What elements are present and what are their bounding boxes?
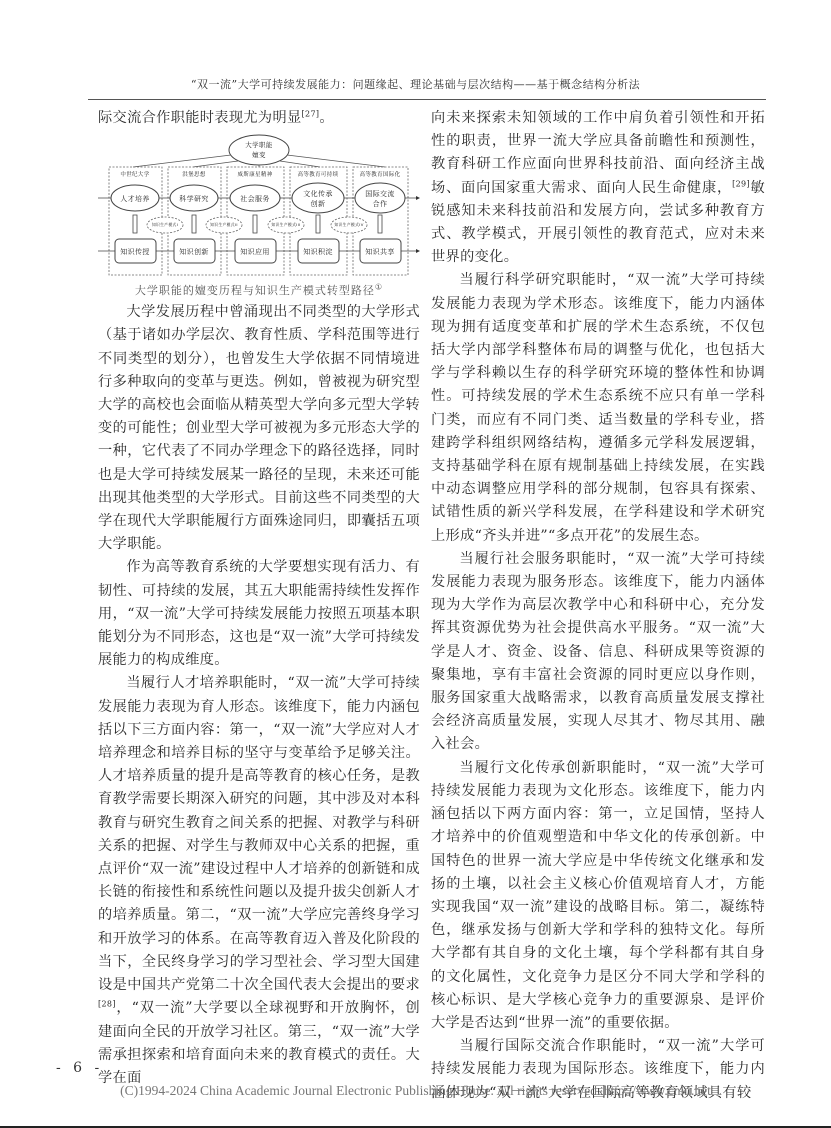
copyright-notice: (C)1994-2024 China Academic Journal Elec… (0, 1083, 831, 1099)
svg-text:知识生产模式II: 知识生产模式II (210, 222, 238, 227)
svg-text:创新: 创新 (311, 199, 326, 208)
paragraph-text: 际交流合作职能时表现尤为明显 (98, 110, 302, 126)
paragraph: 际交流合作职能时表现尤为明显[27]。 (98, 107, 420, 130)
paragraph: 作为高等教育系统的大学要想实现有活力、有韧性、可持续的发展，其五大职能需持续性发… (98, 556, 420, 672)
paragraph: 当履行人才培养职能时，“双一流”大学可持续发展能力表现为育人形态。该维度下，能力… (98, 672, 420, 1090)
svg-text:知识创新: 知识创新 (179, 247, 208, 256)
svg-text:高等教育国际化: 高等教育国际化 (360, 170, 401, 178)
paragraph: 大学发展历程中曾涌现出不同类型的大学形式（基于诸如办学层次、教育性质、学科范围等… (98, 301, 420, 556)
svg-text:知识传授: 知识传授 (120, 247, 149, 256)
paragraph-text: 。 (319, 110, 334, 126)
svg-text:嬗变: 嬗变 (252, 150, 266, 159)
svg-text:社会服务: 社会服务 (240, 194, 269, 203)
paragraph-text: ，“双一流”大学要以全球视野和开放胸怀，创建面向全民的开放学习社区。第三，“双一… (98, 1000, 420, 1086)
right-column: 向未来探索未知领域的工作中肩负着引领性和开拓性的职责，世界一流大学应具备前瞻性和… (431, 107, 765, 1105)
figure-caption: 大学职能的嬗变历程与知识生产模式转型路径① (98, 283, 420, 299)
svg-text:知识共享: 知识共享 (365, 247, 394, 256)
paragraph: 当履行文化传承创新职能时，“双一流”大学可持续发展能力表现为文化形态。该维度下，… (431, 757, 765, 1035)
caption-text: 大学职能的嬗变历程与知识生产模式转型路径 (135, 284, 375, 297)
svg-text:知识生产模式I: 知识生产模式I (152, 222, 178, 227)
paragraph: 当履行科学研究职能时，“双一流”大学可持续发展能力表现为学术形态。该维度下，能力… (431, 269, 765, 547)
paragraph-text: 向未来探索未知领域的工作中肩负着引领性和开拓性的职责，世界一流大学应具备前瞻性和… (431, 110, 765, 196)
svg-text:文化传承: 文化传承 (303, 189, 332, 198)
paragraph: 当履行社会服务职能时，“双一流”大学可持续发展能力表现为服务形态。该维度下，能力… (431, 548, 765, 757)
running-head: “双一流”大学可持续发展能力：问题缘起、理论基础与层次结构——基于概念结构分析法 (0, 76, 831, 92)
paragraph-text: 当履行人才培养职能时，“双一流”大学可持续发展能力表现为育人形态。该维度下，能力… (98, 675, 420, 993)
svg-text:威斯康星精神: 威斯康星精神 (237, 170, 272, 178)
svg-text:科学研究: 科学研究 (179, 194, 208, 203)
figure-diagram: 大学职能 嬗变 中世纪大学 洪堡思想 威斯康星精神 高等教育可持续 (98, 133, 420, 283)
svg-text:高等教育可持续: 高等教育可持续 (298, 170, 339, 178)
svg-text:中世纪大学: 中世纪大学 (120, 170, 149, 178)
svg-text:国际交流: 国际交流 (365, 189, 394, 198)
svg-text:洪堡思想: 洪堡思想 (182, 170, 206, 178)
svg-text:知识生产模式IV: 知识生产模式IV (334, 222, 363, 227)
svg-text:合作: 合作 (373, 199, 388, 208)
left-column: 际交流合作职能时表现尤为明显[27]。 大学职能 嬗变 中世纪大学 (98, 107, 420, 1090)
citation[interactable]: [27] (302, 109, 320, 118)
svg-text:知识生产模式III: 知识生产模式III (271, 222, 300, 227)
svg-text:知识应用: 知识应用 (240, 247, 269, 256)
svg-text:知识积淀: 知识积淀 (303, 247, 332, 256)
page-number: - 6 - (56, 1060, 103, 1076)
header-divider (88, 99, 766, 100)
citation[interactable]: [29] (732, 179, 750, 188)
citation[interactable]: [28] (98, 1000, 116, 1009)
svg-text:大学职能: 大学职能 (245, 140, 273, 149)
svg-text:人才培养: 人才培养 (120, 194, 149, 203)
paragraph: 向未来探索未知领域的工作中肩负着引领性和开拓性的职责，世界一流大学应具备前瞻性和… (431, 107, 765, 269)
university-functions-diagram: 大学职能 嬗变 中世纪大学 洪堡思想 威斯康星精神 高等教育可持续 (98, 133, 420, 283)
footnote-marker[interactable]: ① (375, 283, 383, 292)
